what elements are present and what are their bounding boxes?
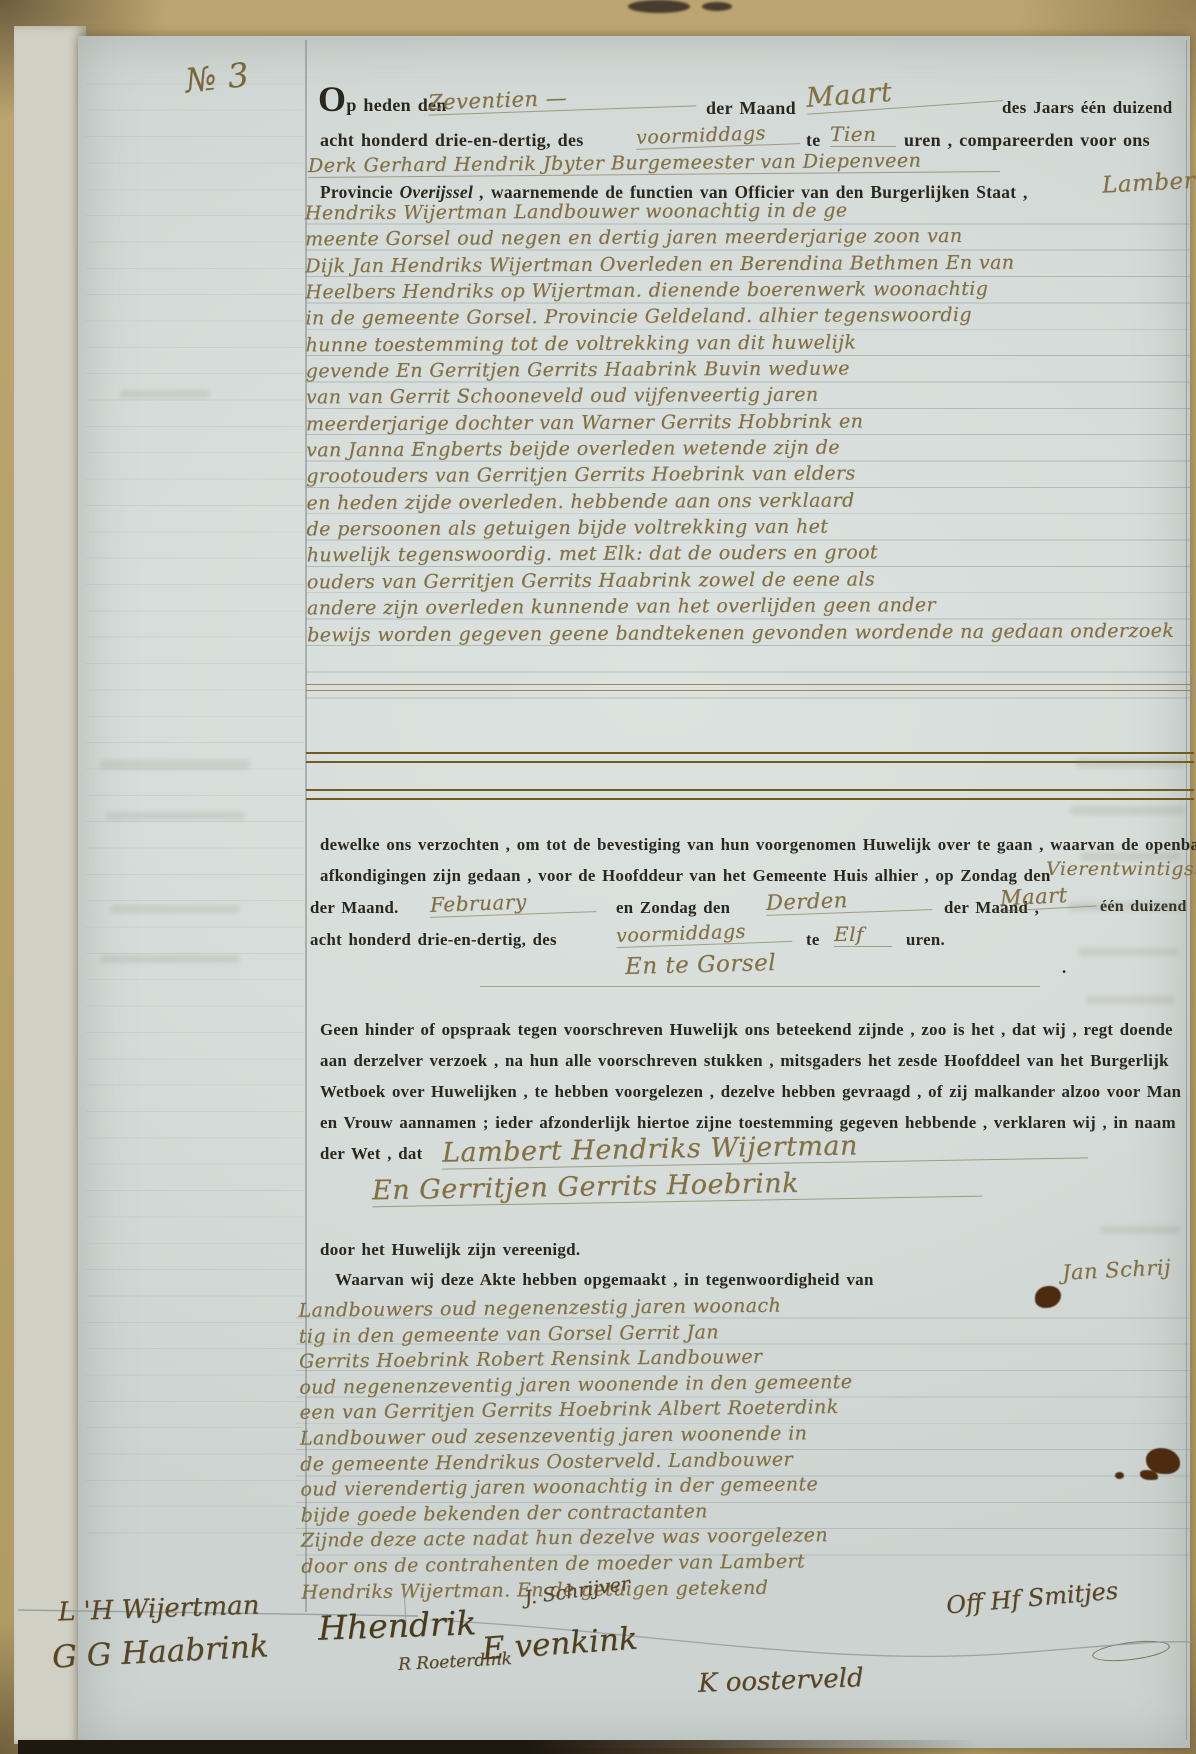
rule-line [306,752,1194,763]
act-number: № 3 [183,55,251,100]
signature-oosterveld: K oosterveld [698,1663,865,1699]
printed-period: . [1062,958,1067,978]
bleedthrough-smudge [100,760,250,769]
scanned-marriage-record-page: № 3 Op heden den Zeventien — der Maand M… [0,0,1196,1754]
page-under-edge [14,26,86,1744]
hw-en-te-gorsel: En te Gorsel [625,950,777,980]
ink-blot [1146,1448,1180,1474]
hw-hour-2: Elf [834,922,892,947]
bleedthrough-smudge [105,812,245,820]
hw-hour: Tien [830,122,896,147]
printed-en-zondag-den: en Zondag den [616,898,730,918]
edge-stain [702,2,732,11]
printed-wetboek: Wetboek over Huwelijken , te hebben voor… [320,1082,1181,1102]
printed-dewelke: dewelke ons verzochten , om tot de beves… [320,835,1196,855]
hw-witness-block: Landbouwers oud negenenzestig jaren woon… [298,1289,1195,1605]
bleedthrough-smudge [1078,948,1178,956]
printed-der-maand-2: der Maand. [310,898,399,918]
bleedthrough-smudge [1075,758,1185,768]
printed-afkondigingen: afkondigingen zijn gedaan , voor de Hoof… [320,866,1051,886]
rule-line [306,789,1194,800]
bleedthrough-smudge [1068,902,1188,911]
ink-speck [1115,1472,1124,1479]
bleedthrough-smudge [1085,996,1175,1004]
printed-te: te [806,130,821,151]
printed-des-jaars: des Jaars één duizend [1002,98,1173,118]
printed-der-maand: der Maand [706,98,796,119]
printed-acht-honderd-2: acht honderd drie-en-dertig, des [310,930,557,950]
bottom-edge-shadow [18,1740,998,1754]
hw-line: bewijs worden gegeven geene bandtekenen … [307,617,1196,648]
printed-door-het-huwelijk: door het Huwelijk zijn vereenigd. [320,1240,580,1260]
printed-te-2: te [806,930,820,950]
hw-comparanten-block: Hendriks Wijertman Landbouwer woonachtig… [305,196,1196,648]
printed-aan-derzelver: aan derzelver verzoek , na hun alle voor… [320,1051,1169,1071]
signature-hendrik: Hhendrik [317,1603,477,1647]
printed-uren-2: uren. [906,930,945,950]
rule-line [306,684,1190,691]
bleedthrough-smudge [110,905,240,913]
hw-first-sunday: Vierentwintigsten [1046,858,1196,880]
printed-der-wet-dat: der Wet , dat [320,1144,423,1164]
edge-stain [628,0,690,13]
printed-geen-hinder: Geen hinder of opspraak tegen voorschrev… [320,1020,1173,1040]
hw-name-start: Lambert [1101,167,1196,198]
bleedthrough-smudge [1080,852,1180,861]
printed-waarvan-wij: Waarvan wij deze Akte hebben opgemaakt ,… [335,1270,874,1290]
hw-underline [480,986,1040,987]
bleedthrough-smudge [120,390,210,398]
bleedthrough-smudge [100,955,240,963]
bleedthrough-smudge [1100,1226,1180,1234]
bleedthrough-smudge [1070,806,1185,815]
printed-uren-compareerden: uren , compareerden voor ons [904,130,1150,151]
printed-acht-honderd: acht honderd drie-en-dertig, des [320,130,584,151]
